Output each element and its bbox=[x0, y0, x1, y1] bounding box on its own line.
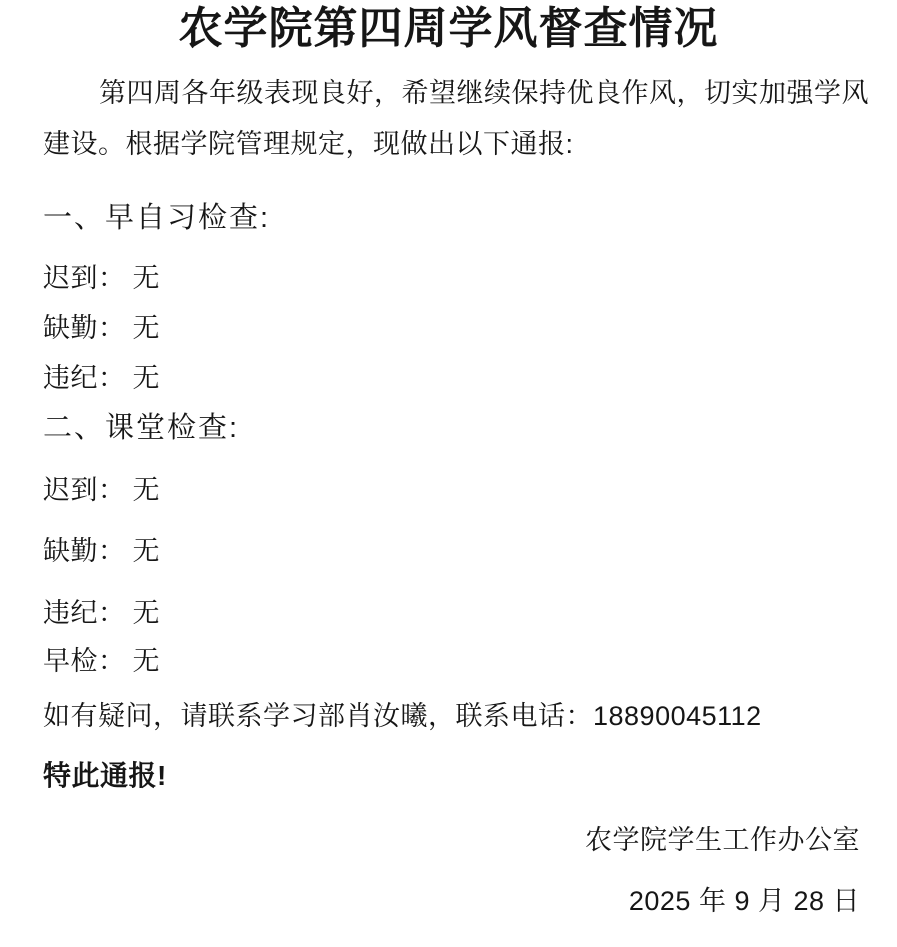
label-separator: ： bbox=[98, 475, 126, 505]
check-item-late: 迟到：无 bbox=[43, 262, 160, 294]
check-item-label: 违纪 bbox=[43, 363, 98, 393]
section-heading-morning-study: 一、早自习检查: bbox=[43, 201, 270, 236]
notice-document: 农学院第四周学风督查情况 第四周各年级表现良好，希望继续保持优良作风，切实加强学… bbox=[0, 0, 897, 947]
label-separator: ： bbox=[98, 363, 126, 393]
section-heading-classroom-check: 二、课堂检查: bbox=[43, 411, 239, 446]
check-item-label: 迟到 bbox=[43, 263, 98, 293]
issue-date: 2025 年 9 月 28 日 bbox=[0, 885, 860, 917]
check-item-violation: 违纪：无 bbox=[43, 597, 160, 629]
check-item-label: 缺勤 bbox=[43, 536, 98, 566]
check-item-value: 无 bbox=[133, 598, 161, 628]
check-item-value: 无 bbox=[133, 475, 161, 505]
closing-statement: 特此通报! bbox=[43, 759, 167, 793]
intro-paragraph-line-1: 第四周各年级表现良好，希望继续保持优良作风，切实加强学风 bbox=[99, 77, 869, 109]
check-item-absent: 缺勤：无 bbox=[43, 535, 160, 567]
intro-paragraph-line-2: 建设。根据学院管理规定，现做出以下通报: bbox=[43, 128, 574, 160]
label-separator: ： bbox=[98, 536, 126, 566]
check-item-label: 违纪 bbox=[43, 598, 98, 628]
check-item-value: 无 bbox=[133, 536, 161, 566]
check-item-value: 无 bbox=[133, 263, 161, 293]
check-item-label: 早检 bbox=[43, 646, 98, 676]
page-title: 农学院第四周学风督查情况 bbox=[0, 3, 897, 56]
check-item-label: 迟到 bbox=[43, 475, 98, 505]
check-item-late: 迟到：无 bbox=[43, 474, 160, 506]
check-item-value: 无 bbox=[133, 313, 161, 343]
check-item-morning-inspection: 早检：无 bbox=[43, 645, 160, 677]
check-item-absent: 缺勤：无 bbox=[43, 312, 160, 344]
contact-info-line: 如有疑问，请联系学习部肖汝曦，联系电话：18890045112 bbox=[43, 700, 762, 732]
label-separator: ： bbox=[98, 263, 126, 293]
check-item-violation: 违纪：无 bbox=[43, 362, 160, 394]
label-separator: ： bbox=[98, 598, 126, 628]
label-separator: ： bbox=[98, 646, 126, 676]
check-item-value: 无 bbox=[133, 363, 161, 393]
issuing-office-signature: 农学院学生工作办公室 bbox=[0, 824, 860, 856]
check-item-label: 缺勤 bbox=[43, 313, 98, 343]
label-separator: ： bbox=[98, 313, 126, 343]
check-item-value: 无 bbox=[133, 646, 161, 676]
